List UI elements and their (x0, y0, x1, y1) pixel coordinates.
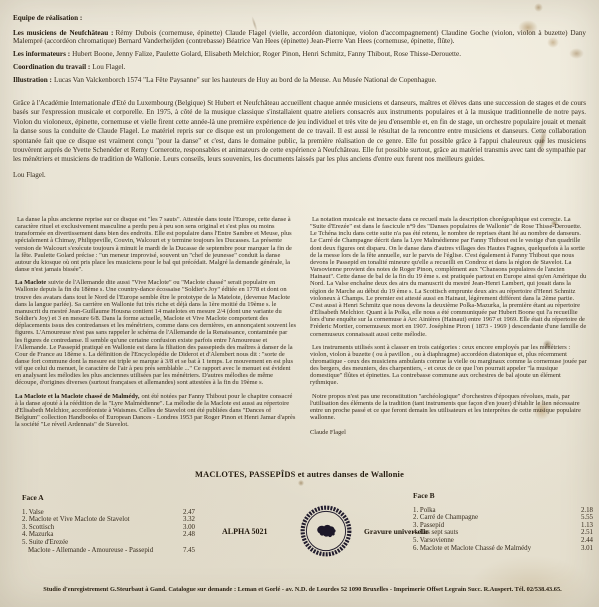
tracklist-face-a: Face A 1. Valse2.47 2. Maclote et Vive M… (22, 494, 195, 554)
paper-stain (534, 3, 543, 12)
track-row: 6. Maclote et Maclote Chassé de Malmédy3… (413, 545, 593, 553)
track-row: 3. Scottisch3.00 (22, 524, 195, 532)
imprint-line: Studio d'enregistrement G.Steurbaut à Ga… (24, 586, 581, 593)
paragraph-lead: La Maclote et la Maclote chassé de Malmé… (15, 393, 139, 400)
paragraph: La Maclotesuivie de l'Allemande dite aus… (15, 279, 296, 386)
notes-column-right: La notation musicale est inexacte dans c… (310, 216, 587, 436)
track-title: 3. Scottisch (22, 524, 54, 532)
paragraph: Notre propos n'est pas une reconstitutio… (310, 393, 587, 422)
intro-signature: Lou Flagel. (13, 171, 586, 180)
record-label-logo (298, 503, 354, 559)
paragraph-text: suivie de l'Allemande dite aussi "Vive M… (15, 279, 296, 386)
credit-label: Illustration : (13, 76, 52, 84)
track-title: 2. Maclote et Vive Maclote de Stavelot (22, 516, 130, 524)
track-title: 1. Valse (22, 509, 44, 517)
track-row: 5. Suite d'Erezée (22, 539, 195, 547)
credit-text: Hubert Boone, Jenny Falize, Paulette Gol… (72, 50, 461, 58)
track-row: 4. Mazurka2.48 (22, 531, 195, 539)
credit-informants: Les informateurs :Hubert Boone, Jenny Fa… (13, 50, 586, 59)
paragraph-text: Notre propos n'est pas une reconstitutio… (310, 393, 581, 421)
track-title: 1. Polka (413, 507, 436, 515)
track-title: 6. Maclote et Maclote Chassé de Malmédy (413, 545, 531, 553)
credit-label: Les musiciens de Neufchâteau : (13, 29, 113, 37)
track-duration: 2.48 (183, 531, 195, 539)
track-row: 5. Varsovienne2.44 (413, 537, 593, 545)
notes-signature: Claude Flagel (310, 429, 587, 436)
credit-label: Coordination du travail : (13, 63, 90, 71)
track-duration: 2.47 (183, 509, 195, 517)
track-duration: 2.51 (581, 529, 593, 537)
track-row: 4. Les sept sauts2.51 (413, 529, 593, 537)
intro-block: Grâce à l'Académie Internationale d'Eté … (13, 99, 586, 180)
face-b-heading: Face B (413, 492, 593, 500)
track-duration: 3.01 (581, 545, 593, 553)
track-row: 2. Carré de Champagne5.55 (413, 514, 593, 522)
credit-musicians: Les musiciens de Neufchâteau :Rémy Duboi… (13, 29, 586, 46)
album-back-cover: Equipe de réalisation : Les musiciens de… (0, 0, 599, 607)
paper-stain (298, 480, 304, 486)
track-title: 4. Mazurka (22, 531, 53, 539)
credit-coordination: Coordination du travail :Lou Flagel. (13, 63, 586, 72)
tracklist-face-b: Face B 1. Polka2.18 2. Carré de Champagn… (413, 492, 593, 552)
album-title-main: MACLOTES, PASSEPÎDS (195, 470, 295, 479)
paragraph: La notation musicale est inexacte dans c… (310, 216, 587, 338)
track-title: 5. Suite d'Erezée (22, 539, 68, 547)
track-subtitle: Maclote - Allemande - Amoureuse - Passep… (22, 547, 153, 555)
track-row: 3. Passepíd1.13 (413, 522, 593, 530)
credit-text: Lucas Van Valckenborch 1574 "La Fête Pay… (54, 76, 437, 84)
credit-label: Les informateurs : (13, 50, 70, 58)
track-duration: 5.55 (581, 514, 593, 522)
notes-column-left: La danse la plus ancienne reprise sur ce… (15, 216, 296, 436)
track-duration: 3.32 (183, 516, 195, 524)
track-row: 1. Valse2.47 (22, 509, 195, 517)
catalog-number: ALPHA 5021 (222, 527, 268, 536)
paragraph-text: Les instruments utilisés sont à classer … (310, 344, 587, 387)
track-duration: 1.13 (581, 522, 593, 530)
intro-paragraph: Grâce à l'Académie Internationale d'Eté … (13, 99, 586, 165)
track-duration: 3.00 (183, 524, 195, 532)
track-row: 1. Polka2.18 (413, 507, 593, 515)
notes-columns: La danse la plus ancienne reprise sur ce… (15, 216, 587, 436)
paragraph: La danse la plus ancienne reprise sur ce… (15, 216, 296, 273)
track-title: 5. Varsovienne (413, 537, 454, 545)
album-title: MACLOTES, PASSEPÎDS et autres danses de … (0, 470, 599, 479)
credits-heading: Equipe de réalisation : (13, 14, 586, 23)
credit-illustration: Illustration :Lucas Van Valckenborch 157… (13, 76, 586, 85)
paragraph: La Maclote et la Maclote chassé de Malmé… (15, 393, 296, 429)
track-title: 2. Carré de Champagne (413, 514, 478, 522)
track-duration: 2.18 (581, 507, 593, 515)
track-title: 4. Les sept sauts (413, 529, 458, 537)
track-title: 3. Passepíd (413, 522, 444, 530)
paragraph-text: La danse la plus ancienne reprise sur ce… (15, 216, 292, 273)
paragraph-text: La notation musicale est inexacte dans c… (310, 216, 586, 338)
track-duration: 7.45 (183, 547, 195, 555)
paper-stain (470, 555, 590, 607)
belgium-map-icon (298, 503, 354, 559)
credits-block: Equipe de réalisation : Les musiciens de… (13, 14, 586, 90)
paragraph-lead: La Maclote (15, 279, 46, 286)
album-title-rest: et autres danses de Wallonie (295, 470, 404, 479)
credit-text: Lou Flagel. (92, 63, 125, 71)
paragraph: Les instruments utilisés sont à classer … (310, 344, 587, 387)
face-a-heading: Face A (22, 494, 195, 502)
track-row: 2. Maclote et Vive Maclote de Stavelot3.… (22, 516, 195, 524)
track-row-subtitle: Maclote - Allemande - Amoureuse - Passep… (22, 547, 195, 555)
track-duration: 2.44 (581, 537, 593, 545)
